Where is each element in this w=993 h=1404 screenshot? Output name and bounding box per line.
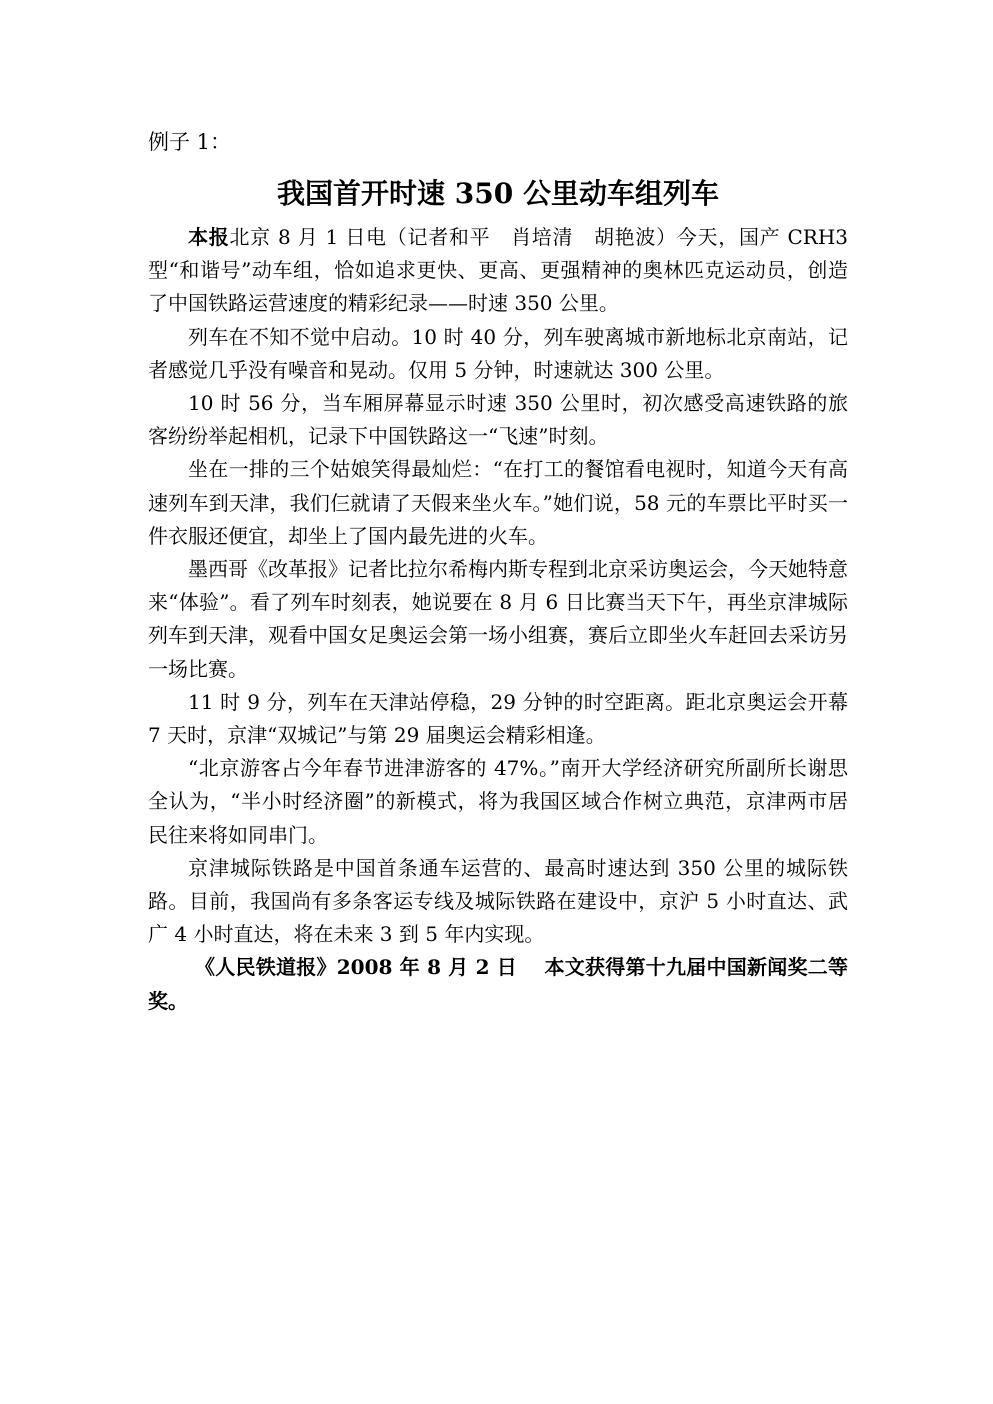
example-label: 例子 1： [148,130,231,155]
article-paragraph: 列车在不知不觉中启动。10 时 40 分，列车驶离城市新地标北京南站，记者感觉几… [148,321,848,387]
article-paragraph: 11 时 9 分，列车在天津站停稳，29 分钟的时空距离。距北京奥运会开幕 7 … [148,686,848,752]
article-paragraph: “北京游客占今年春节进津游客的 47%。”南开大学经济研究所副所长谢思全认为，“… [148,752,848,852]
dateline-lead: 本报 [188,225,229,249]
article-paragraph: 本报北京 8 月 1 日电（记者和平 肖培清 胡艳波）今天，国产 CRH3 型“… [148,221,848,321]
source-credit-line: 《人民铁道报》2008 年 8 月 2 日 本文获得第十九届中国新闻奖二等奖。 [148,951,848,1017]
article-paragraph: 京津城际铁路是中国首条通车运营的、最高时速达到 350 公里的城际铁路。目前，我… [148,852,848,952]
article-paragraph: 10 时 56 分，当车厢屏幕显示时速 350 公里时，初次感受高速铁路的旅客纷… [148,387,848,453]
article-title: 我国首开时速 350 公里动车组列车 [148,177,848,211]
article-body: 本报北京 8 月 1 日电（记者和平 肖培清 胡艳波）今天，国产 CRH3 型“… [148,221,848,1018]
paragraph-text: 北京 8 月 1 日电（记者和平 肖培清 胡艳波）今天，国产 CRH3 型“和谐… [148,225,848,315]
article-paragraph: 坐在一排的三个姑娘笑得最灿烂：“在打工的餐馆看电视时，知道今天有高速列车到天津，… [148,453,848,553]
document-page: 例子 1： 我国首开时速 350 公里动车组列车 本报北京 8 月 1 日电（记… [0,0,993,1404]
article-paragraph: 墨西哥《改革报》记者比拉尔希梅内斯专程到北京采访奥运会，今天她特意来“体验”。看… [148,553,848,686]
